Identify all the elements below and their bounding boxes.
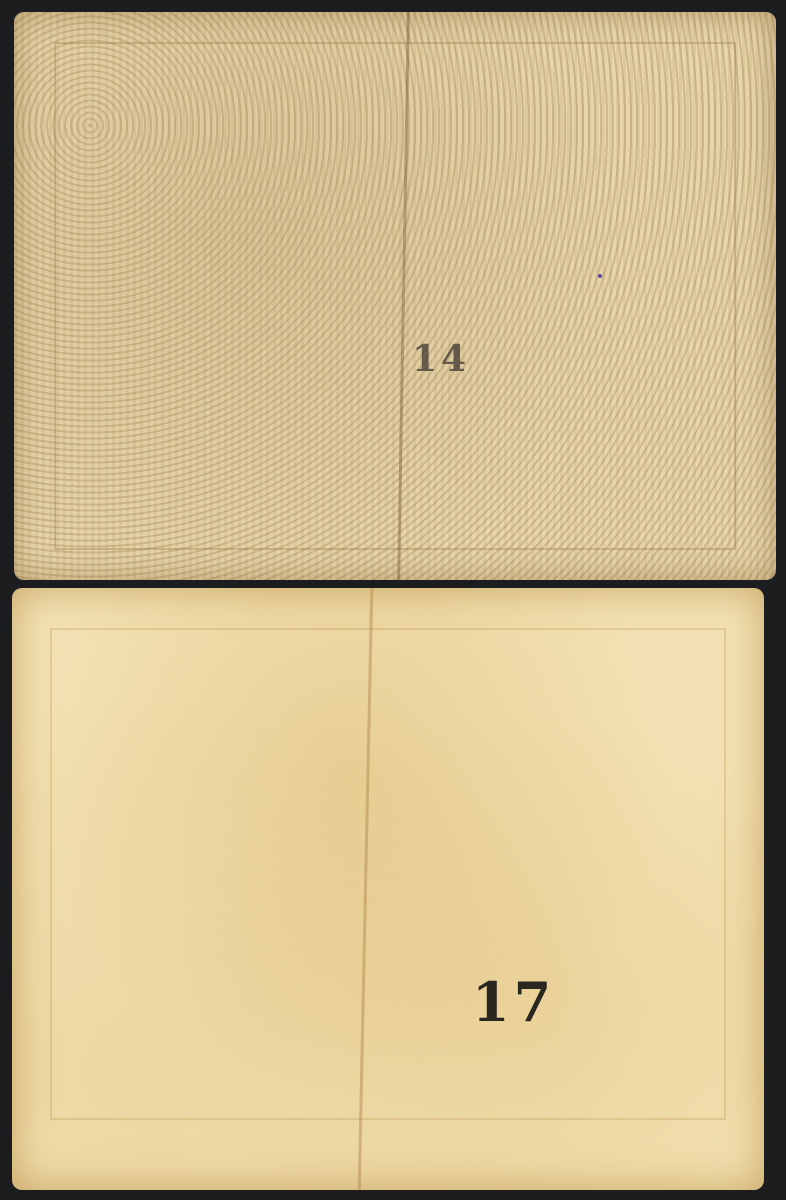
printed-border: [54, 42, 736, 550]
serial-number: 17: [472, 970, 555, 1034]
serial-number: 14: [412, 338, 470, 380]
bottom-note: 17: [12, 588, 764, 1190]
printed-border: [50, 628, 726, 1120]
ink-speck: [598, 274, 602, 278]
top-note: 14: [14, 12, 776, 580]
